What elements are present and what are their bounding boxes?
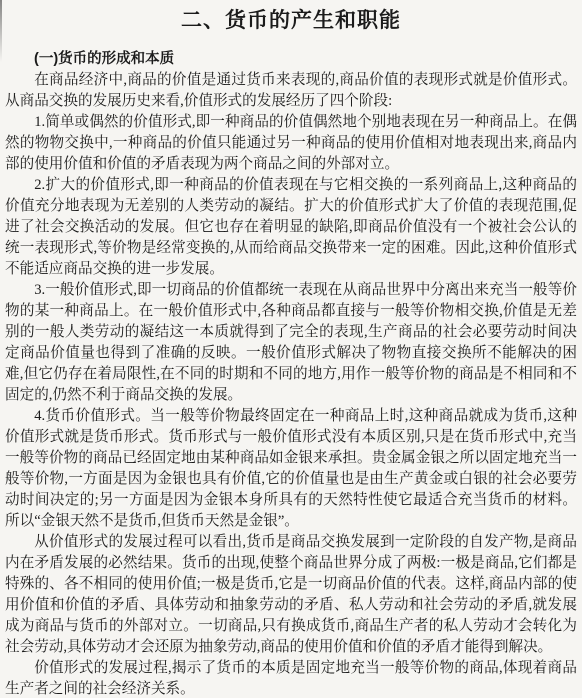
paragraph-stage-2-expanded-value-form: 2.扩大的价值形式,即一种商品的价值表现在与它相交换的一系列商品上,这种商品的价… [5,175,577,280]
paragraph-conclusion-essence-of-money: 价值形式的发展过程,揭示了货币的本质是固定地充当一般等价物的商品,体现着商品生产… [5,658,577,698]
paragraph-stage-4-money-value-form: 4.货币价值形式。当一般等价物最终固定在一种商品上时,这种商品就成为货币,这种价… [5,406,577,532]
paragraph-stage-3-general-value-form: 3.一般价值形式,即一切商品的价值都统一表现在从商品世界中分离出来充当一般等价物… [5,280,577,406]
scan-artifact [0,0,2,62]
paragraph-money-emergence: 从价值形式的发展过程可以看出,货币是商品交换发展到一定阶段的自发产物,是商品内在… [5,532,577,658]
paragraph-stage-1-simple-value-form: 1.简单或偶然的价值形式,即一种商品的价值偶然地个别地表现在另一种商品上。在偶然… [5,112,577,175]
paragraph-intro: 在商品经济中,商品的价值是通过货币来表现的,商品价值的表现形式就是价值形式。从商… [5,70,577,112]
section-heading: (一)货币的形成和本质 [5,49,577,70]
page-title: 二、货币的产生和职能 [5,8,577,34]
document-page: 二、货币的产生和职能 (一)货币的形成和本质 在商品经济中,商品的价值是通过货币… [0,0,582,698]
